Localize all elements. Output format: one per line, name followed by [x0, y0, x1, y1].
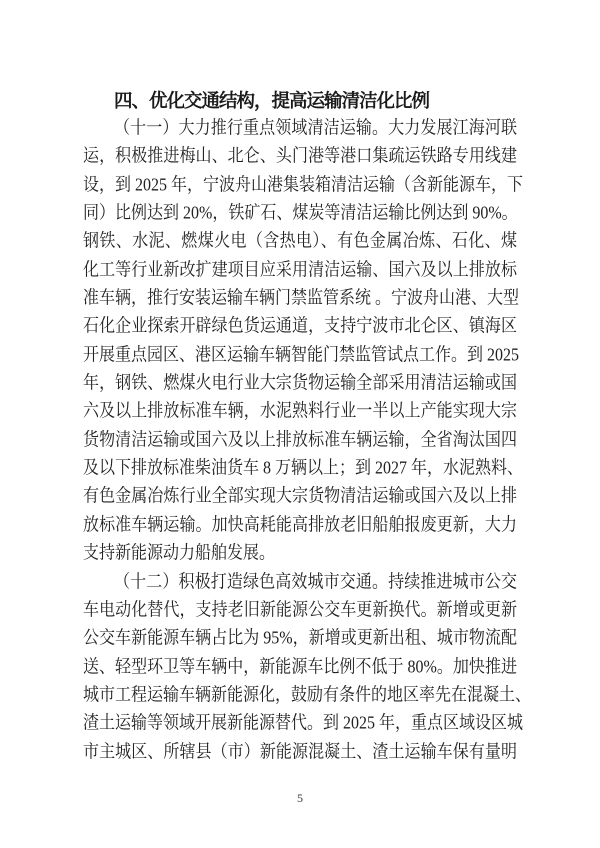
- text-line: 渣土运输等领域开展新能源替代。到 2025 年，重点区域设区城: [83, 709, 517, 741]
- text-line: 放标准车辆运输。加快高耗能高排放老旧船舶报废更新，大力: [83, 510, 517, 542]
- text-line: 开展重点园区、港区运输车辆智能门禁监管试点工作。到 2025: [83, 340, 517, 372]
- text-line: 公交车新能源车辆占比为 95%，新增或更新出租、城市物流配: [83, 623, 517, 655]
- text-line: 钢铁、水泥、燃煤火电（含热电）、有色金属冶炼、石化、煤: [83, 227, 517, 259]
- page-number: 5: [0, 790, 600, 806]
- text-line: 送、轻型环卫等车辆中，新能源车比例不低于 80%。加快推进: [83, 652, 517, 684]
- text-line: 有色金属冶炼行业全部实现大宗货物清洁运输或国六及以上排: [83, 482, 517, 514]
- text-line: （十二）积极打造绿色高效城市交通。持续推进城市公交: [83, 567, 517, 599]
- text-line: 化工等行业新改扩建项目应采用清洁运输、国六及以上排放标: [83, 255, 517, 287]
- text-line: 石化企业探索开辟绿色货运通道，支持宁波市北仑区、镇海区: [83, 312, 517, 344]
- text-line: 市主城区、所辖县（市）新能源混凝土、渣土运输车保有量明: [83, 737, 517, 769]
- section-heading: 四、优化交通结构，提高运输清洁化比例: [83, 88, 517, 115]
- text-line: 六及以上排放标准车辆，水泥熟料行业一半以上产能实现大宗: [83, 397, 517, 429]
- text-line: 支持新能源动力船舶发展。: [83, 538, 517, 570]
- text-line: （十一）大力推行重点领域清洁运输。大力发展江海河联: [83, 113, 517, 145]
- text-line: 车电动化替代，支持老旧新能源公交车更新换代。新增或更新: [83, 595, 517, 627]
- paragraph: （十二）积极打造绿色高效城市交通。持续推进城市公交车电动化替代，支持老旧新能源公…: [83, 569, 517, 767]
- paragraph: （十一）大力推行重点领域清洁运输。大力发展江海河联运，积极推进梅山、北仑、头门港…: [83, 115, 517, 569]
- text-line: 设，到 2025 年，宁波舟山港集装箱清洁运输（含新能源车，下: [83, 170, 517, 202]
- text-line: 货物清洁运输或国六及以上排放标准车辆运输，全省淘汰国四: [83, 425, 517, 457]
- paragraphs-container: （十一）大力推行重点领域清洁运输。大力发展江海河联运，积极推进梅山、北仑、头门港…: [83, 115, 517, 767]
- document-page: 四、优化交通结构，提高运输清洁化比例 （十一）大力推行重点领域清洁运输。大力发展…: [0, 0, 600, 848]
- document-body: 四、优化交通结构，提高运输清洁化比例 （十一）大力推行重点领域清洁运输。大力发展…: [83, 88, 517, 767]
- text-line: 运，积极推进梅山、北仑、头门港等港口集疏运铁路专用线建: [83, 142, 517, 174]
- text-line: 城市工程运输车辆新能源化，鼓励有条件的地区率先在混凝土、: [83, 680, 517, 712]
